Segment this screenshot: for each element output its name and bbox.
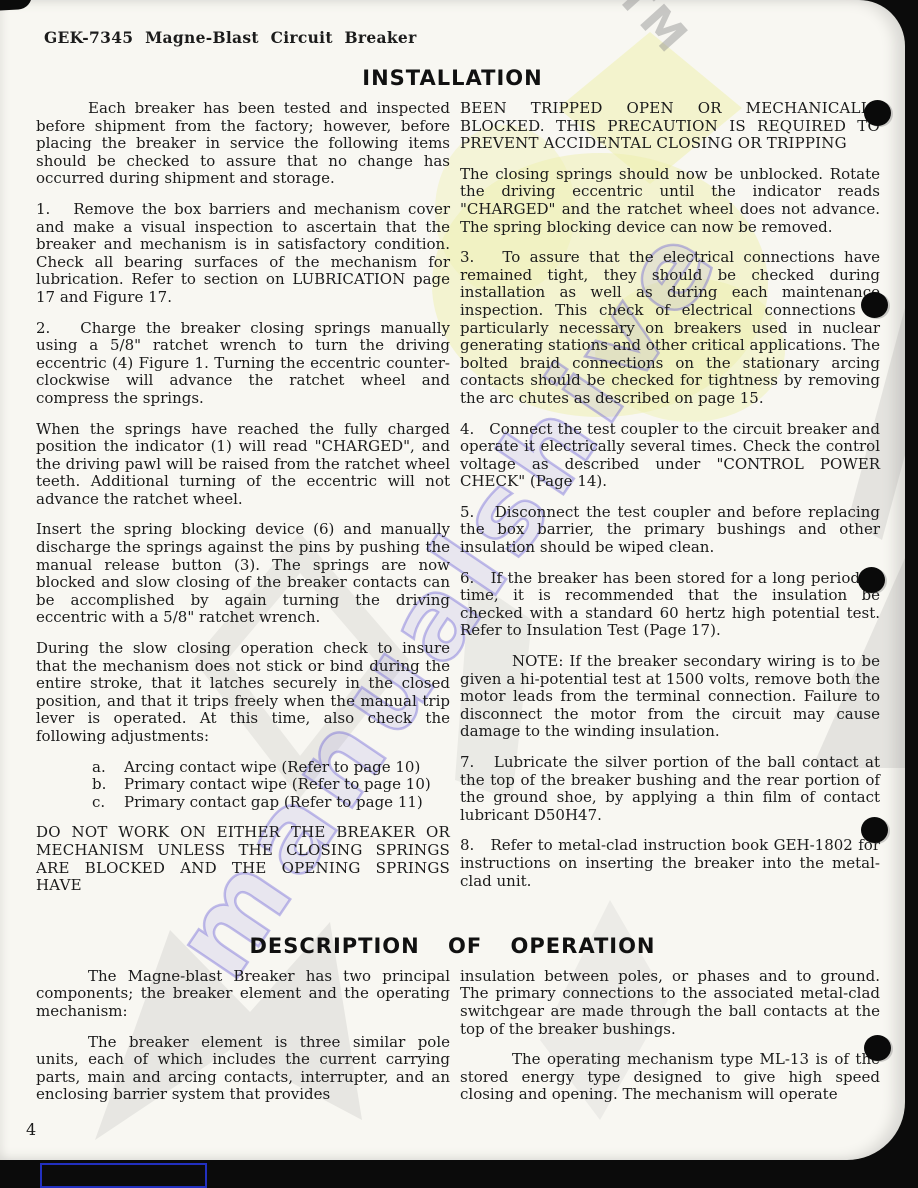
install-right-paragraph-9: 8. Refer to metal-clad instruction book …: [460, 837, 880, 890]
install-right-paragraph-5: 5. Disconnect the test coupler and befor…: [460, 504, 880, 557]
section-title-installation: INSTALLATION: [0, 0, 905, 90]
checklist-item-a: a. Arcing contact wipe (Refer to page 10…: [92, 759, 450, 777]
install-right-paragraph-3: 3. To assure that the electrical connect…: [460, 249, 880, 407]
install-left-warning: DO NOT WORK ON EITHER THE BREAKER OR MEC…: [36, 824, 450, 894]
punch-hole: [864, 1035, 891, 1061]
install-right-note: NOTE: If the breaker secondary wiring is…: [460, 653, 880, 741]
desc-right-paragraph-2: The operating mechanism type ML-13 is of…: [460, 1051, 880, 1104]
bottom-link-box[interactable]: [40, 1163, 207, 1188]
punch-hole: [861, 292, 888, 318]
installation-right-column: BEEN TRIPPED OPEN OR MECHANICALLY BLOCKE…: [460, 100, 880, 908]
desc-right-paragraph-1: insulation between poles, or phases and …: [460, 968, 880, 1038]
punch-hole: [864, 100, 891, 126]
install-right-paragraph-8: 7. Lubricate the silver portion of the b…: [460, 754, 880, 824]
checklist-text: Arcing contact wipe (Refer to page 10): [124, 759, 420, 777]
checklist-item-b: b. Primary contact wipe (Refer to page 1…: [92, 776, 450, 794]
install-right-paragraph-6: 6. If the breaker has been stored for a …: [460, 570, 880, 640]
install-left-paragraph-1: Each breaker has been tested and inspect…: [36, 100, 450, 188]
installation-left-column: Each breaker has been tested and inspect…: [36, 100, 450, 908]
description-left-column: The Magne-blast Breaker has two principa…: [36, 968, 450, 1117]
description-columns: The Magne-blast Breaker has two principa…: [0, 958, 905, 1117]
punch-hole: [861, 817, 888, 843]
install-right-paragraph-4: 4. Connect the test coupler to the circu…: [460, 421, 880, 491]
checklist-marker: b.: [92, 776, 124, 794]
document-page: manualshive TM GEK-7345 Magne-Blast Circ…: [0, 0, 905, 1160]
install-left-paragraph-6: During the slow closing operation check …: [36, 640, 450, 746]
adjustment-checklist: a. Arcing contact wipe (Refer to page 10…: [92, 759, 450, 812]
install-right-warning: BEEN TRIPPED OPEN OR MECHANICALLY BLOCKE…: [460, 100, 880, 153]
checklist-marker: c.: [92, 794, 124, 812]
install-left-paragraph-4: When the springs have reached the fully …: [36, 421, 450, 509]
install-right-paragraph-2: The closing springs should now be unbloc…: [460, 166, 880, 236]
checklist-text: Primary contact gap (Refer to page 11): [124, 794, 423, 812]
section-title-description: DESCRIPTION OF OPERATION: [0, 934, 905, 958]
description-right-column: insulation between poles, or phases and …: [460, 968, 880, 1117]
install-left-paragraph-3: 2. Charge the breaker closing springs ma…: [36, 320, 450, 408]
checklist-marker: a.: [92, 759, 124, 777]
install-left-paragraph-2: 1. Remove the box barriers and mechanism…: [36, 201, 450, 307]
page-number: 4: [26, 1120, 36, 1139]
desc-left-paragraph-1: The Magne-blast Breaker has two principa…: [36, 968, 450, 1021]
installation-columns: Each breaker has been tested and inspect…: [0, 90, 905, 908]
checklist-text: Primary contact wipe (Refer to page 10): [124, 776, 431, 794]
punch-hole: [858, 567, 885, 593]
checklist-item-c: c. Primary contact gap (Refer to page 11…: [92, 794, 450, 812]
desc-left-paragraph-2: The breaker element is three similar pol…: [36, 1034, 450, 1104]
install-left-paragraph-5: Insert the spring blocking device (6) an…: [36, 521, 450, 627]
